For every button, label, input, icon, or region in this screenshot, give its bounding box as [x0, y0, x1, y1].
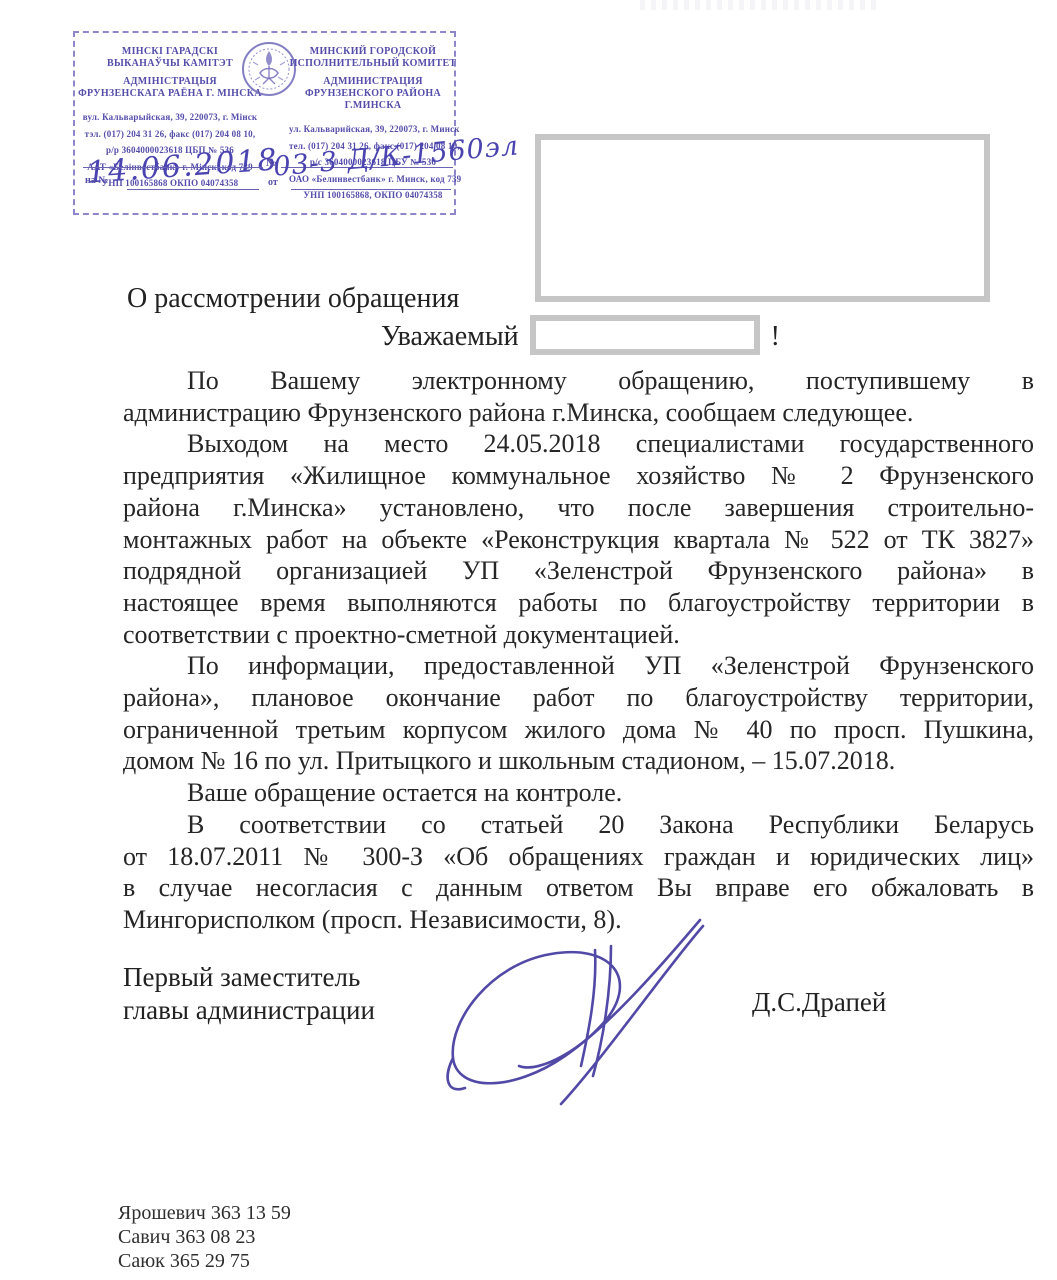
org-name-line: МИНСКИЙ ГОРОДСКОЙ — [289, 46, 457, 58]
ot-underline — [291, 189, 451, 190]
executor-contacts: Ярошевич 363 13 59Савич 363 08 23Саюк 36… — [118, 1201, 291, 1273]
letter-subject: О рассмотрении обращения — [127, 283, 459, 315]
paragraph-line: района», плановое окончание работ по бла… — [123, 682, 1034, 714]
address-line: ул. Кальварийская, 39, 220073, г. Минск — [289, 121, 457, 138]
paragraph-line: района г.Минска» установлено, что после … — [123, 492, 1034, 524]
admin-name-line: АДМІНІСТРАЦЫЯ — [77, 76, 263, 88]
org-name-line: ВЫКАНАЎЧЫ КАМІТЭТ — [77, 58, 263, 70]
org-name-ru: МИНСКИЙ ГОРОДСКОЙИСПОЛНИТЕЛЬНЫЙ КОМИТЕТ — [289, 46, 457, 70]
paragraph-line: Выходом на место 24.05.2018 специалистам… — [123, 428, 1034, 460]
paragraph: Ваше обращение остается на контроле. — [123, 777, 1034, 809]
paragraph-line: ограниченной третьим корпусом жилого дом… — [123, 714, 1034, 746]
na-underline — [127, 189, 259, 190]
paragraph-line: По информации, предоставленной УП «Зелен… — [123, 650, 1034, 682]
paragraph-line: монтажных работ на объекте «Реконструкци… — [123, 524, 1034, 556]
salutation-line: Уважаемый ! — [123, 315, 1034, 355]
contact-line: Ярошевич 363 13 59 — [118, 1201, 291, 1225]
paragraph-line: По Вашему электронному обращению, поступ… — [123, 365, 1034, 397]
contact-line: Савич 363 08 23 — [118, 1225, 291, 1249]
handwritten-signature — [413, 908, 735, 1110]
na-number-label: на № — [85, 175, 108, 186]
scanned-letter-page: МІНСКІ ГАРАДСКІВЫКАНАЎЧЫ КАМІТЭТ АДМІНІС… — [0, 0, 1057, 1280]
admin-name-line: ФРУНЗЕНСКОГО РАЙОНА Г.МИНСКА — [289, 88, 457, 112]
salutation-suffix: ! — [771, 321, 780, 352]
redacted-name-box — [530, 315, 760, 355]
org-name-by: МІНСКІ ГАРАДСКІВЫКАНАЎЧЫ КАМІТЭТ — [77, 46, 263, 70]
scan-artifact — [640, 0, 880, 10]
date-underline — [83, 167, 263, 168]
address-line: тэл. (017) 204 31 26, факс (017) 204 08 … — [77, 126, 263, 143]
paragraph-line: Ваше обращение остается на контроле. — [123, 777, 1034, 809]
admin-name-by: АДМІНІСТРАЦЫЯФРУНЗЕНСКАГА РАЁНА Г. МІНСК… — [77, 76, 263, 100]
signer-position-line2: главы администрации — [123, 994, 375, 1027]
signer-name: Д.С.Драпей — [752, 987, 886, 1018]
letterhead-russian-column: МИНСКИЙ ГОРОДСКОЙИСПОЛНИТЕЛЬНЫЙ КОМИТЕТ … — [289, 46, 457, 204]
paragraph-line: соответствии с проектно-сметной документ… — [123, 619, 1034, 651]
admin-name-line: ФРУНЗЕНСКАГА РАЁНА Г. МІНСКА — [77, 88, 263, 100]
salutation-prefix: Уважаемый — [381, 321, 519, 352]
paragraph-line: настоящее время выполняются работы по бл… — [123, 587, 1034, 619]
address-line: вул. Кальварыйская, 39, 220073, г. Мінск — [77, 109, 263, 126]
org-name-line: ИСПОЛНИТЕЛЬНЫЙ КОМИТЕТ — [289, 58, 457, 70]
paragraph-line: администрацию Фрунзенского района г.Минс… — [123, 397, 1034, 429]
signer-position: Первый заместитель главы администрации — [123, 961, 375, 1027]
contact-line: Саюк 365 29 75 — [118, 1249, 291, 1273]
paragraph-line: подрядной организацией УП «Зеленстрой Фр… — [123, 555, 1034, 587]
paragraph-line: предприятия «Жилищное коммунальное хозяй… — [123, 460, 1034, 492]
signer-position-line1: Первый заместитель — [123, 961, 375, 994]
paragraph-line: В соответствии со статьей 20 Закона Респ… — [123, 809, 1034, 841]
paragraph-line: в случае несогласия с данным ответом Вы … — [123, 872, 1034, 904]
redacted-recipient-box — [535, 134, 990, 302]
letter-body: По Вашему электронному обращению, поступ… — [123, 365, 1034, 936]
admin-name-ru: АДМИНИСТРАЦИЯФРУНЗЕНСКОГО РАЙОНА Г.МИНСК… — [289, 76, 457, 112]
paragraph: По информации, предоставленной УП «Зелен… — [123, 650, 1034, 777]
paragraph: Выходом на место 24.05.2018 специалистам… — [123, 428, 1034, 650]
paragraph-line: от 18.07.2011 № 300-З «Об обращениях гра… — [123, 841, 1034, 873]
paragraph: По Вашему электронному обращению, поступ… — [123, 365, 1034, 428]
letterhead-stamp: МІНСКІ ГАРАДСКІВЫКАНАЎЧЫ КАМІТЭТ АДМІНІС… — [73, 31, 456, 215]
admin-name-line: АДМИНИСТРАЦИЯ — [289, 76, 457, 88]
paragraph-line: домом № 16 по ул. Притыцкого и школьным … — [123, 745, 1034, 777]
org-name-line: МІНСКІ ГАРАДСКІ — [77, 46, 263, 58]
